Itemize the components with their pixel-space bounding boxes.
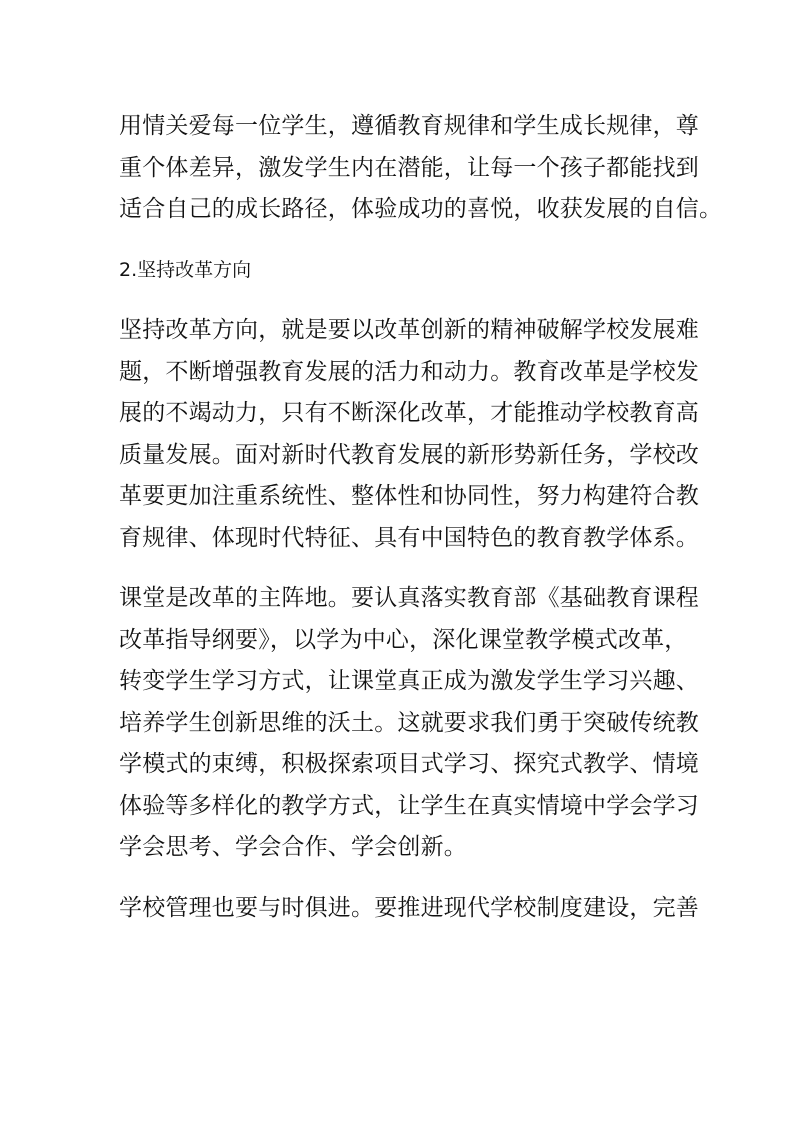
text-line: 改革指导纲要》，以学为中心，深化课堂教学模式改革， xyxy=(119,620,675,662)
text-line: 适合自己的成长路径，体验成功的喜悦，收获发展的自信。 xyxy=(119,189,675,231)
text-line: 重个体差异，激发学生内在潜能，让每一个孩子都能找到 xyxy=(119,148,675,190)
text-line: 培养学生创新思维的沃土。这就要求我们勇于突破传统教 xyxy=(119,703,675,745)
text-line: 学校管理也要与时俱进。要推进现代学校制度建设，完善 xyxy=(119,888,675,930)
text-line: 坚持改革方向，就是要以改革创新的精神破解学校发展难 xyxy=(119,310,675,352)
text-line: 革要更加注重系统性、整体性和协同性，努力构建符合教 xyxy=(119,476,675,518)
paragraph-school-management: 学校管理也要与时俱进。要推进现代学校制度建设，完善 xyxy=(119,888,675,930)
text-line: 题，不断增强教育发展的活力和动力。教育改革是学校发 xyxy=(119,352,675,394)
text-line: 质量发展。面对新时代教育发展的新形势新任务，学校改 xyxy=(119,435,675,477)
text-line: 学模式的束缚，积极探索项目式学习、探究式教学、情境 xyxy=(119,744,675,786)
text-line: 展的不竭动力，只有不断深化改革，才能推动学校教育高 xyxy=(119,393,675,435)
paragraph-gap xyxy=(119,869,675,888)
paragraph-classroom-reform: 课堂是改革的主阵地。要认真落实教育部《基础教育课程 改革指导纲要》，以学为中心，… xyxy=(119,578,675,869)
text-line: 转变学生学习方式，让课堂真正成为激发学生学习兴趣、 xyxy=(119,661,675,703)
section-heading: 2.坚持改革方向 xyxy=(119,250,675,292)
paragraph-reform-direction: 坚持改革方向，就是要以改革创新的精神破解学校发展难 题，不断增强教育发展的活力和… xyxy=(119,310,675,559)
text-line: 育规律、体现时代特征、具有中国特色的教育教学体系。 xyxy=(119,518,675,560)
text-line: 体验等多样化的教学方式，让学生在真实情境中学会学习 xyxy=(119,786,675,828)
text-line: 课堂是改革的主阵地。要认真落实教育部《基础教育课程 xyxy=(119,578,675,620)
text-line: 用情关爱每一位学生，遵循教育规律和学生成长规律，尊 xyxy=(119,106,675,148)
document-page: 用情关爱每一位学生，遵循教育规律和学生成长规律，尊 重个体差异，激发学生内在潜能… xyxy=(119,106,675,929)
text-line: 学会思考、学会合作、学会创新。 xyxy=(119,827,675,869)
paragraph-gap xyxy=(119,231,675,250)
paragraph-gap xyxy=(119,291,675,310)
paragraph-gap xyxy=(119,559,675,578)
paragraph-student-care: 用情关爱每一位学生，遵循教育规律和学生成长规律，尊 重个体差异，激发学生内在潜能… xyxy=(119,106,675,231)
